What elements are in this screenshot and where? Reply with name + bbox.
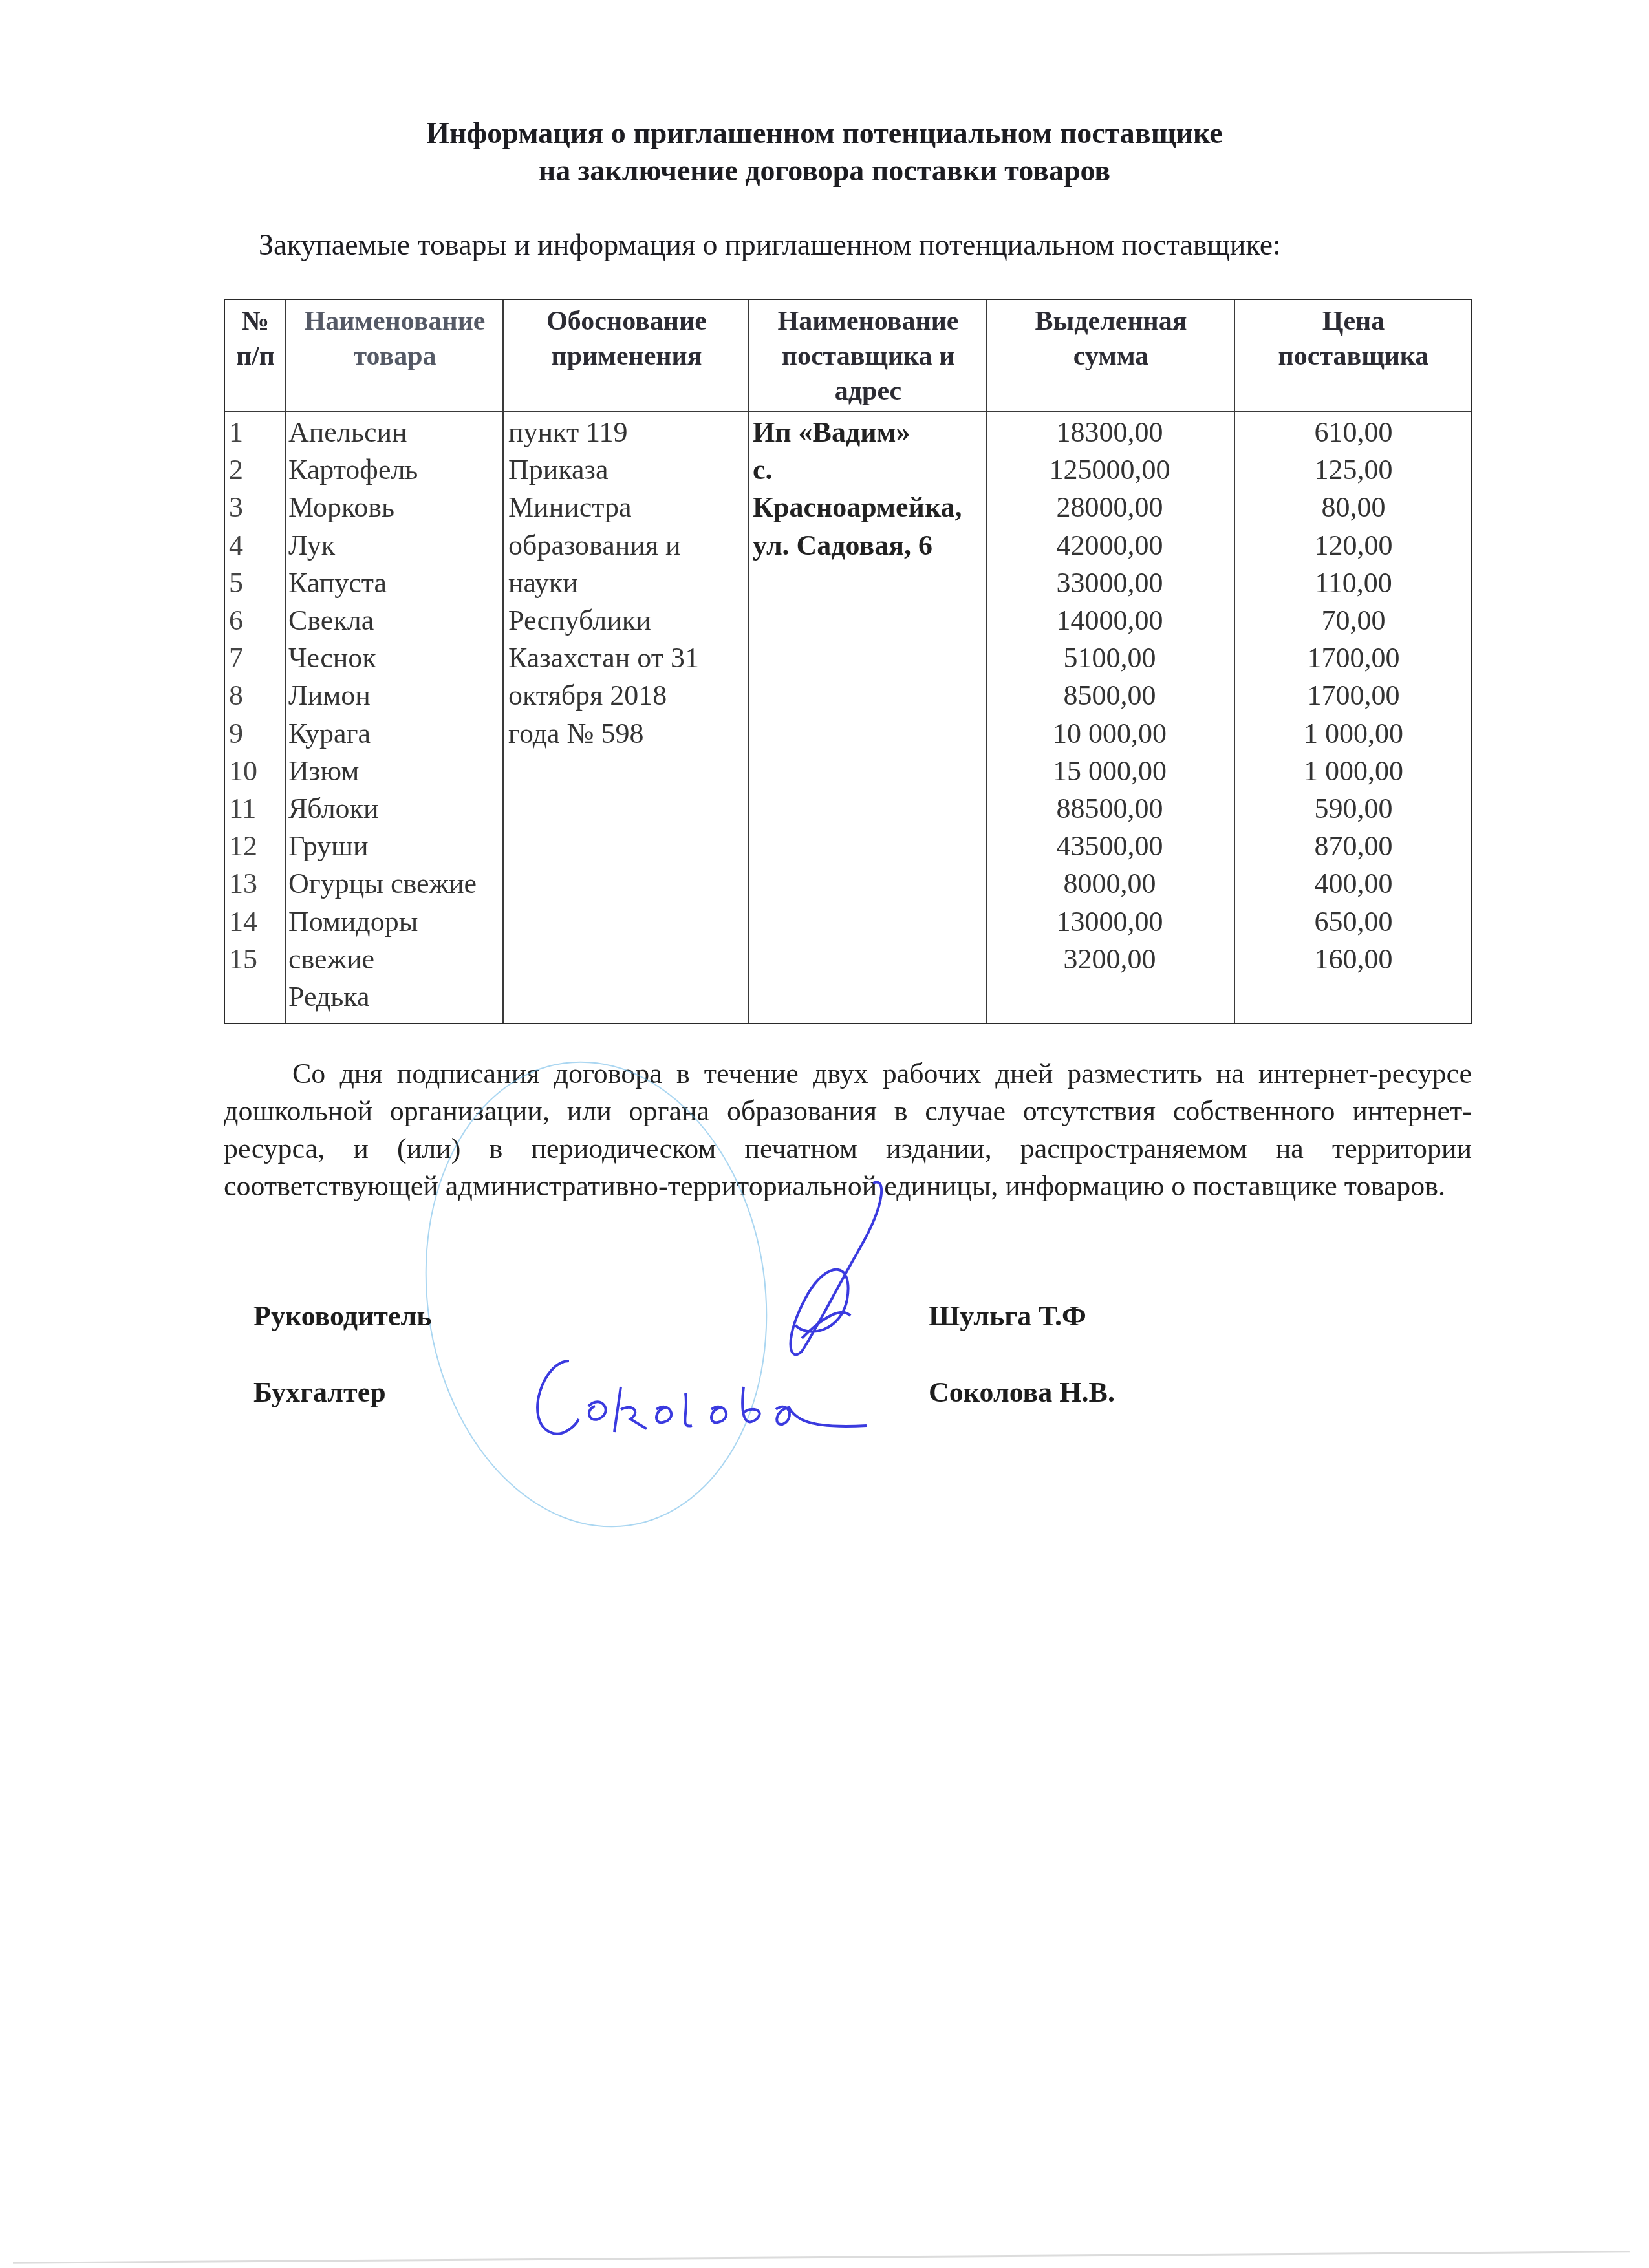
supplier-price: 650,00 xyxy=(1235,903,1472,941)
row-number: 4 xyxy=(229,527,286,564)
product-names: АпельсинКартофельМорковьЛукКапустаСвекла… xyxy=(288,414,502,1016)
product-name: Морковь xyxy=(288,489,502,526)
row-number: 1 xyxy=(229,414,286,451)
product-name: свежие xyxy=(288,941,502,978)
header-allocated-sum: Выделенная сумма xyxy=(987,300,1235,411)
supplier-line: Ип «Вадим» xyxy=(753,414,992,451)
header-num: № п/п xyxy=(225,300,286,411)
row-number: 9 xyxy=(229,715,286,753)
allocated-sums: 18300,00125000,0028000,0042000,0033000,0… xyxy=(987,414,1233,978)
product-name: Огурцы свежие xyxy=(288,865,502,903)
row-number: 5 xyxy=(229,564,286,602)
allocated-sum: 8000,00 xyxy=(987,865,1233,903)
product-name: Редька xyxy=(288,978,502,1016)
basis-line: Приказа xyxy=(508,451,722,489)
allocated-sum: 125000,00 xyxy=(987,451,1233,489)
head-signature xyxy=(711,1177,918,1364)
header-basis: Обоснование применения xyxy=(504,300,749,411)
allocated-sum: 42000,00 xyxy=(987,527,1233,564)
product-name: Капуста xyxy=(288,564,502,602)
allocated-sum: 8500,00 xyxy=(987,677,1233,714)
header-product-name: Наименование товара xyxy=(286,300,504,411)
header-divider xyxy=(225,411,1471,412)
supplier-price: 120,00 xyxy=(1235,527,1472,564)
product-name: Курага xyxy=(288,715,502,753)
allocated-sum: 88500,00 xyxy=(987,790,1233,828)
supplier-price: 400,00 xyxy=(1235,865,1472,903)
head-name: Шульга Т.Ф xyxy=(929,1300,1086,1332)
product-name: Картофель xyxy=(288,451,502,489)
supplier-price: 160,00 xyxy=(1235,941,1472,978)
supplier-line: Красноармейка, xyxy=(753,489,992,526)
basis-line: науки xyxy=(508,564,722,602)
allocated-sum: 13000,00 xyxy=(987,903,1233,941)
basis-line: образования и xyxy=(508,527,722,564)
allocated-sum: 18300,00 xyxy=(987,414,1233,451)
supplier-price: 70,00 xyxy=(1235,602,1472,639)
basis-line: пункт 119 xyxy=(508,414,722,451)
basis-line: Казахстан от 31 xyxy=(508,639,722,677)
basis-line: года № 598 xyxy=(508,715,722,753)
supplier-price: 1700,00 xyxy=(1235,639,1472,677)
product-name: Лимон xyxy=(288,677,502,714)
supplier-info: Ип «Вадим»с.Красноармейка,ул. Садовая, 6 xyxy=(753,414,992,564)
goods-table: № п/п Наименование товара Обоснование пр… xyxy=(224,299,1472,1024)
supplier-line: ул. Садовая, 6 xyxy=(753,527,992,564)
basis-text: пункт 119ПриказаМинистраобразования инау… xyxy=(508,414,722,753)
product-name: Помидоры xyxy=(288,903,502,941)
product-name: Груши xyxy=(288,828,502,865)
supplier-price: 590,00 xyxy=(1235,790,1472,828)
row-number: 14 xyxy=(229,903,286,941)
allocated-sum: 10 000,00 xyxy=(987,715,1233,753)
basis-line: Министра xyxy=(508,489,722,526)
allocated-sum: 14000,00 xyxy=(987,602,1233,639)
scan-edge-line xyxy=(13,2251,1630,2263)
supplier-price: 1700,00 xyxy=(1235,677,1472,714)
basis-line: октября 2018 xyxy=(508,677,722,714)
supplier-prices: 610,00125,0080,00120,00110,0070,001700,0… xyxy=(1235,414,1472,978)
allocated-sum: 28000,00 xyxy=(987,489,1233,526)
title-line-2: на заключение договора поставки товаров xyxy=(0,153,1649,189)
supplier-price: 80,00 xyxy=(1235,489,1472,526)
supplier-price: 1 000,00 xyxy=(1235,753,1472,790)
product-name: Лук xyxy=(288,527,502,564)
row-number: 12 xyxy=(229,828,286,865)
row-number: 3 xyxy=(229,489,286,526)
row-number: 11 xyxy=(229,790,286,828)
supplier-price: 870,00 xyxy=(1235,828,1472,865)
row-numbers: 123456789101112131415 xyxy=(229,414,286,978)
product-name: Яблоки xyxy=(288,790,502,828)
product-name: Апельсин xyxy=(288,414,502,451)
row-number: 2 xyxy=(229,451,286,489)
row-number: 15 xyxy=(229,941,286,978)
intro-text: Закупаемые товары и информация о приглаш… xyxy=(259,228,1281,262)
supplier-line: с. xyxy=(753,451,992,489)
basis-line: Республики xyxy=(508,602,722,639)
header-supplier: Наименование поставщика и адрес xyxy=(749,300,987,411)
product-name: Чеснок xyxy=(288,639,502,677)
allocated-sum: 15 000,00 xyxy=(987,753,1233,790)
row-number: 8 xyxy=(229,677,286,714)
supplier-price: 125,00 xyxy=(1235,451,1472,489)
supplier-price: 110,00 xyxy=(1235,564,1472,602)
row-number: 10 xyxy=(229,753,286,790)
accountant-role: Бухгалтер xyxy=(253,1376,386,1409)
accountant-name: Соколова Н.В. xyxy=(929,1376,1115,1409)
product-name: Изюм xyxy=(288,753,502,790)
supplier-price: 610,00 xyxy=(1235,414,1472,451)
supplier-price: 1 000,00 xyxy=(1235,715,1472,753)
product-name: Свекла xyxy=(288,602,502,639)
allocated-sum: 3200,00 xyxy=(987,941,1233,978)
head-role: Руководитель xyxy=(253,1300,431,1332)
accountant-signature xyxy=(517,1348,879,1445)
row-number: 13 xyxy=(229,865,286,903)
row-number: 6 xyxy=(229,602,286,639)
row-number: 7 xyxy=(229,639,286,677)
header-supplier-price: Цена поставщика xyxy=(1235,300,1472,411)
title-line-1: Информация о приглашенном потенциальном … xyxy=(0,115,1649,151)
allocated-sum: 5100,00 xyxy=(987,639,1233,677)
allocated-sum: 43500,00 xyxy=(987,828,1233,865)
allocated-sum: 33000,00 xyxy=(987,564,1233,602)
